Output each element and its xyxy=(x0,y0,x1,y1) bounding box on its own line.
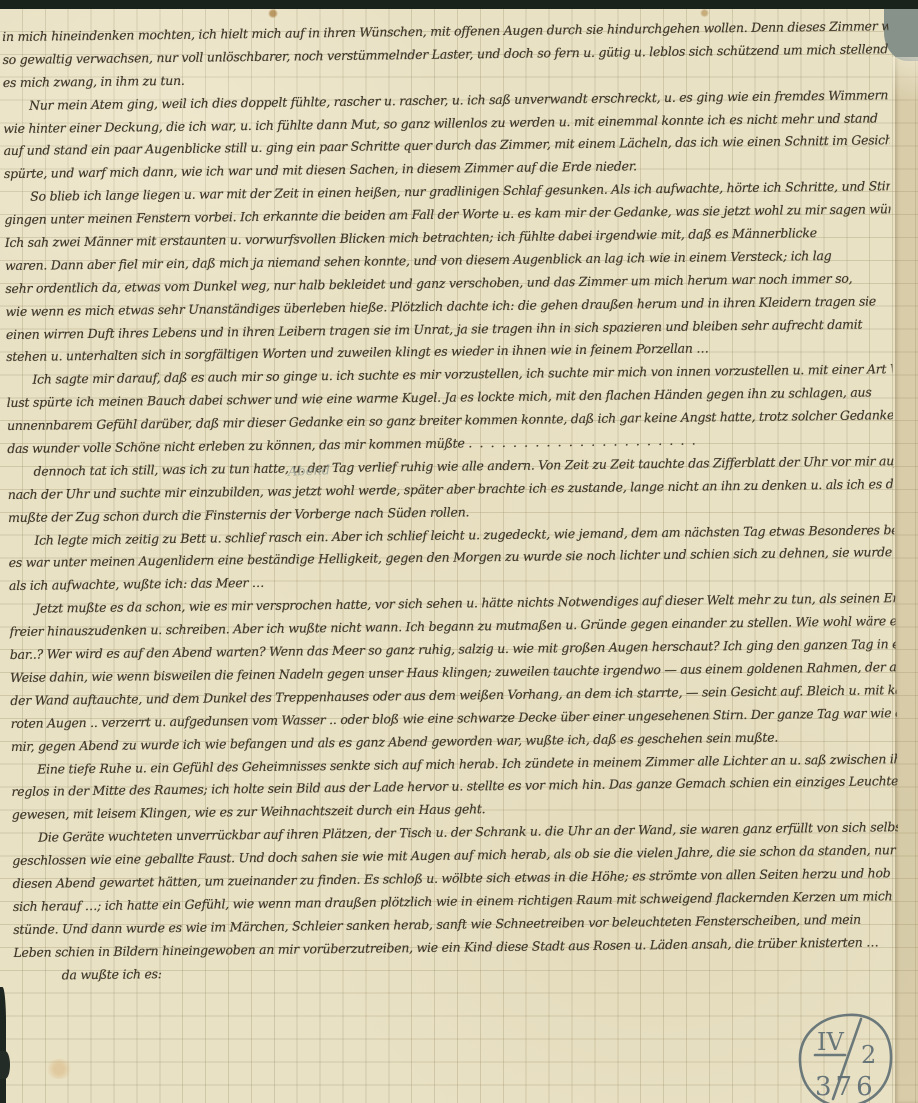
pencil-annotation: Abend xyxy=(288,463,331,479)
backing-edge xyxy=(0,1051,10,1079)
archive-number-mark: IV 2 376 xyxy=(795,1011,899,1103)
paper-stain xyxy=(700,9,709,17)
stamp-number: 376 xyxy=(815,1072,877,1102)
stamp-denominator: 2 xyxy=(861,1041,876,1069)
paper-crease xyxy=(892,57,918,117)
handwritten-text: in mich hineindenken mochten, ich hielt … xyxy=(2,15,900,987)
paper-stain xyxy=(46,1059,72,1079)
stamp-roman: IV xyxy=(817,1028,844,1056)
paper-stain xyxy=(268,9,278,18)
torn-corner xyxy=(884,9,918,61)
manuscript-paper: in mich hineindenken mochten, ich hielt … xyxy=(0,9,918,1103)
backing-edge xyxy=(0,987,6,1103)
